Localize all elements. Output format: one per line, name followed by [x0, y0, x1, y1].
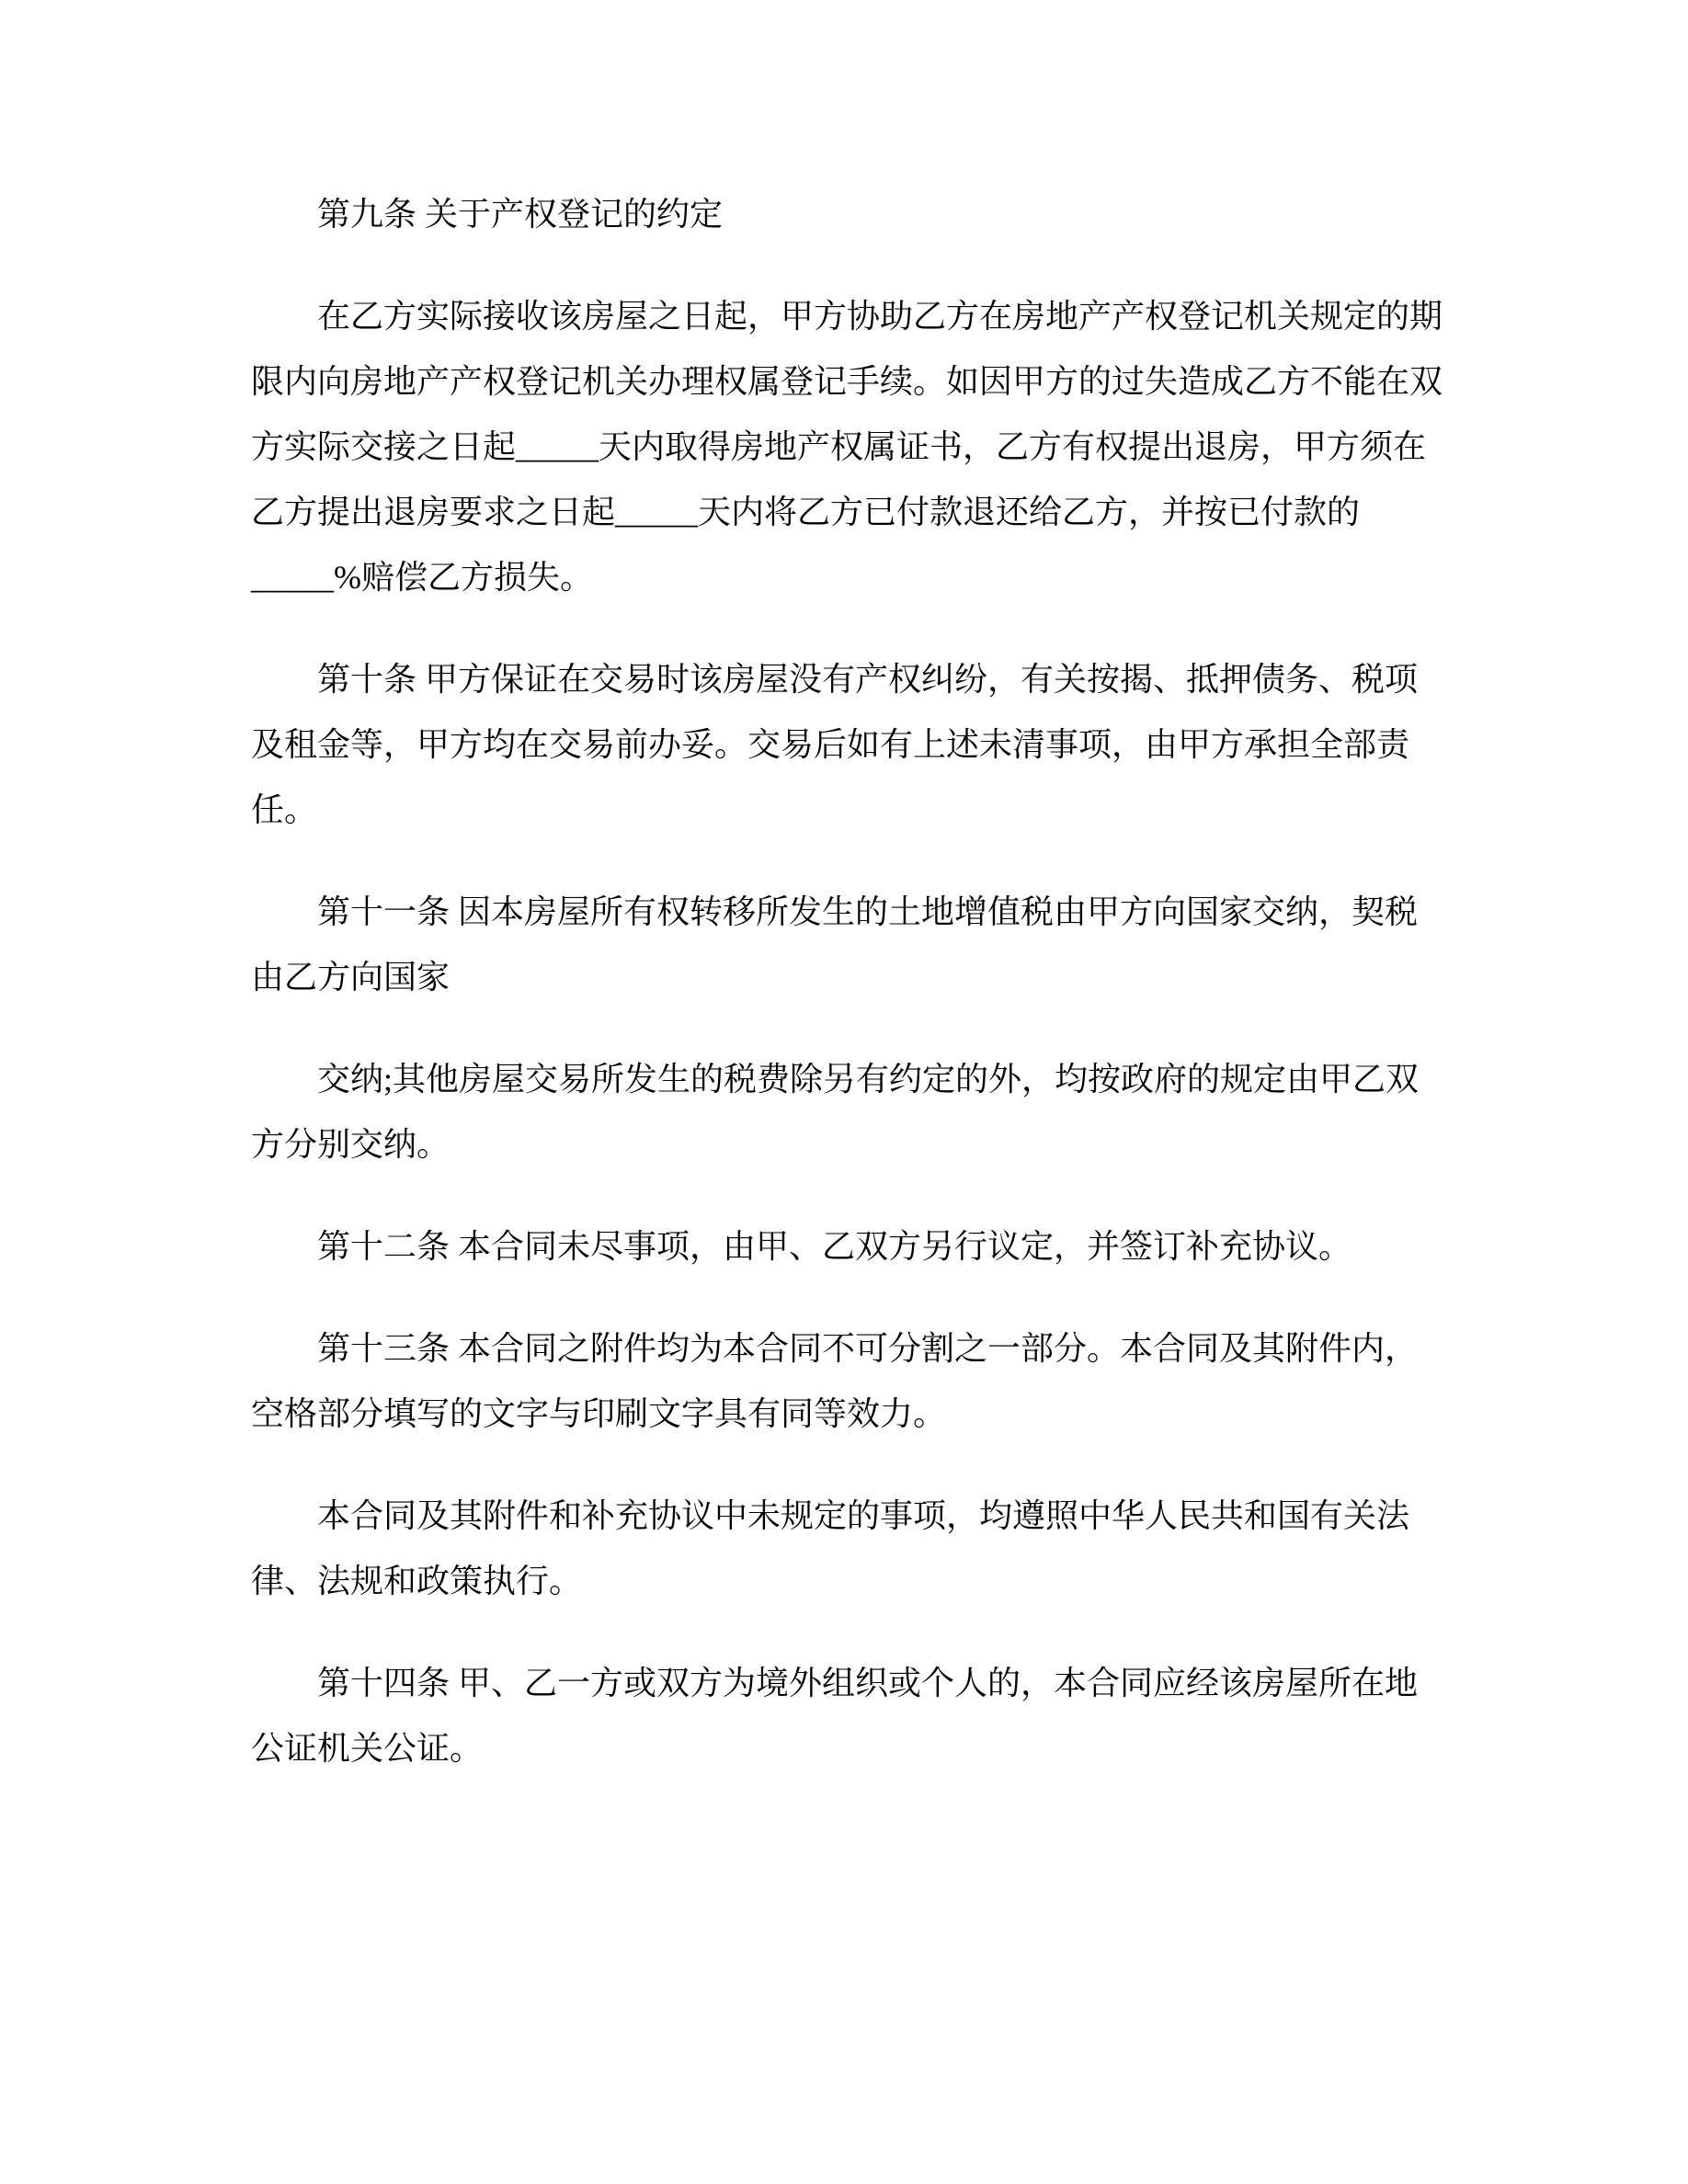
text-line: 第十一条 因本房屋所有权转移所发生的土地增值税由甲方向国家交纳，契税	[251, 880, 1446, 945]
text-line: 公证机关公证。	[251, 1716, 1446, 1781]
text-line: 第九条 关于产权登记的约定	[251, 182, 1446, 247]
text-line: 在乙方实际接收该房屋之日起，甲方协助乙方在房地产产权登记机关规定的期	[251, 284, 1446, 349]
article-12: 第十二条 本合同未尽事项，由甲、乙双方另行议定，并签订补充协议。	[251, 1214, 1446, 1280]
text-line: 限内向房地产产权登记机关办理权属登记手续。如因甲方的过失造成乙方不能在双	[251, 349, 1446, 415]
article-11-part-2: 交纳;其他房屋交易所发生的税费除另有约定的外，均按政府的规定由甲乙双 方分别交纳…	[251, 1047, 1446, 1177]
text-line: 空格部分填写的文字与印刷文字具有同等效力。	[251, 1382, 1446, 1447]
text-line: 第十四条 甲、乙一方或双方为境外组织或个人的，本合同应经该房屋所在地	[251, 1651, 1446, 1716]
article-9-heading: 第九条 关于产权登记的约定	[251, 182, 1446, 247]
text-line-with-blank: 方实际交接之日起_____天内取得房地产权属证书，乙方有权提出退房，甲方须在	[251, 415, 1446, 480]
text-line: 交纳;其他房屋交易所发生的税费除另有约定的外，均按政府的规定由甲乙双	[251, 1047, 1446, 1112]
article-11-part-1: 第十一条 因本房屋所有权转移所发生的土地增值税由甲方向国家交纳，契税 由乙方向国…	[251, 880, 1446, 1010]
text-line-with-blank: 乙方提出退房要求之日起_____天内将乙方已付款退还给乙方，并按已付款的	[251, 480, 1446, 545]
text-line: 第十三条 本合同之附件均为本合同不可分割之一部分。本合同及其附件内，	[251, 1316, 1446, 1382]
text-line: 方分别交纳。	[251, 1112, 1446, 1177]
text-line: 第十条 甲方保证在交易时该房屋没有产权纠纷，有关按揭、抵押债务、税项	[251, 647, 1446, 712]
text-line-with-blank: _____%赔偿乙方损失。	[251, 545, 1446, 610]
article-14: 第十四条 甲、乙一方或双方为境外组织或个人的，本合同应经该房屋所在地 公证机关公…	[251, 1651, 1446, 1781]
text-line: 及租金等，甲方均在交易前办妥。交易后如有上述未清事项，由甲方承担全部责	[251, 712, 1446, 778]
text-line: 本合同及其附件和补充协议中未规定的事项，均遵照中华人民共和国有关法	[251, 1484, 1446, 1549]
text-line: 任。	[251, 778, 1446, 843]
document-page: 第九条 关于产权登记的约定 在乙方实际接收该房屋之日起，甲方协助乙方在房地产产权…	[0, 0, 1688, 2184]
article-13: 第十三条 本合同之附件均为本合同不可分割之一部分。本合同及其附件内， 空格部分填…	[251, 1316, 1446, 1447]
article-9-body: 在乙方实际接收该房屋之日起，甲方协助乙方在房地产产权登记机关规定的期 限内向房地…	[251, 284, 1446, 610]
text-line: 第十二条 本合同未尽事项，由甲、乙双方另行议定，并签订补充协议。	[251, 1214, 1446, 1280]
article-10: 第十条 甲方保证在交易时该房屋没有产权纠纷，有关按揭、抵押债务、税项 及租金等，…	[251, 647, 1446, 843]
text-line: 律、法规和政策执行。	[251, 1549, 1446, 1614]
governing-law-clause: 本合同及其附件和补充协议中未规定的事项，均遵照中华人民共和国有关法 律、法规和政…	[251, 1484, 1446, 1614]
text-line: 由乙方向国家	[251, 945, 1446, 1010]
